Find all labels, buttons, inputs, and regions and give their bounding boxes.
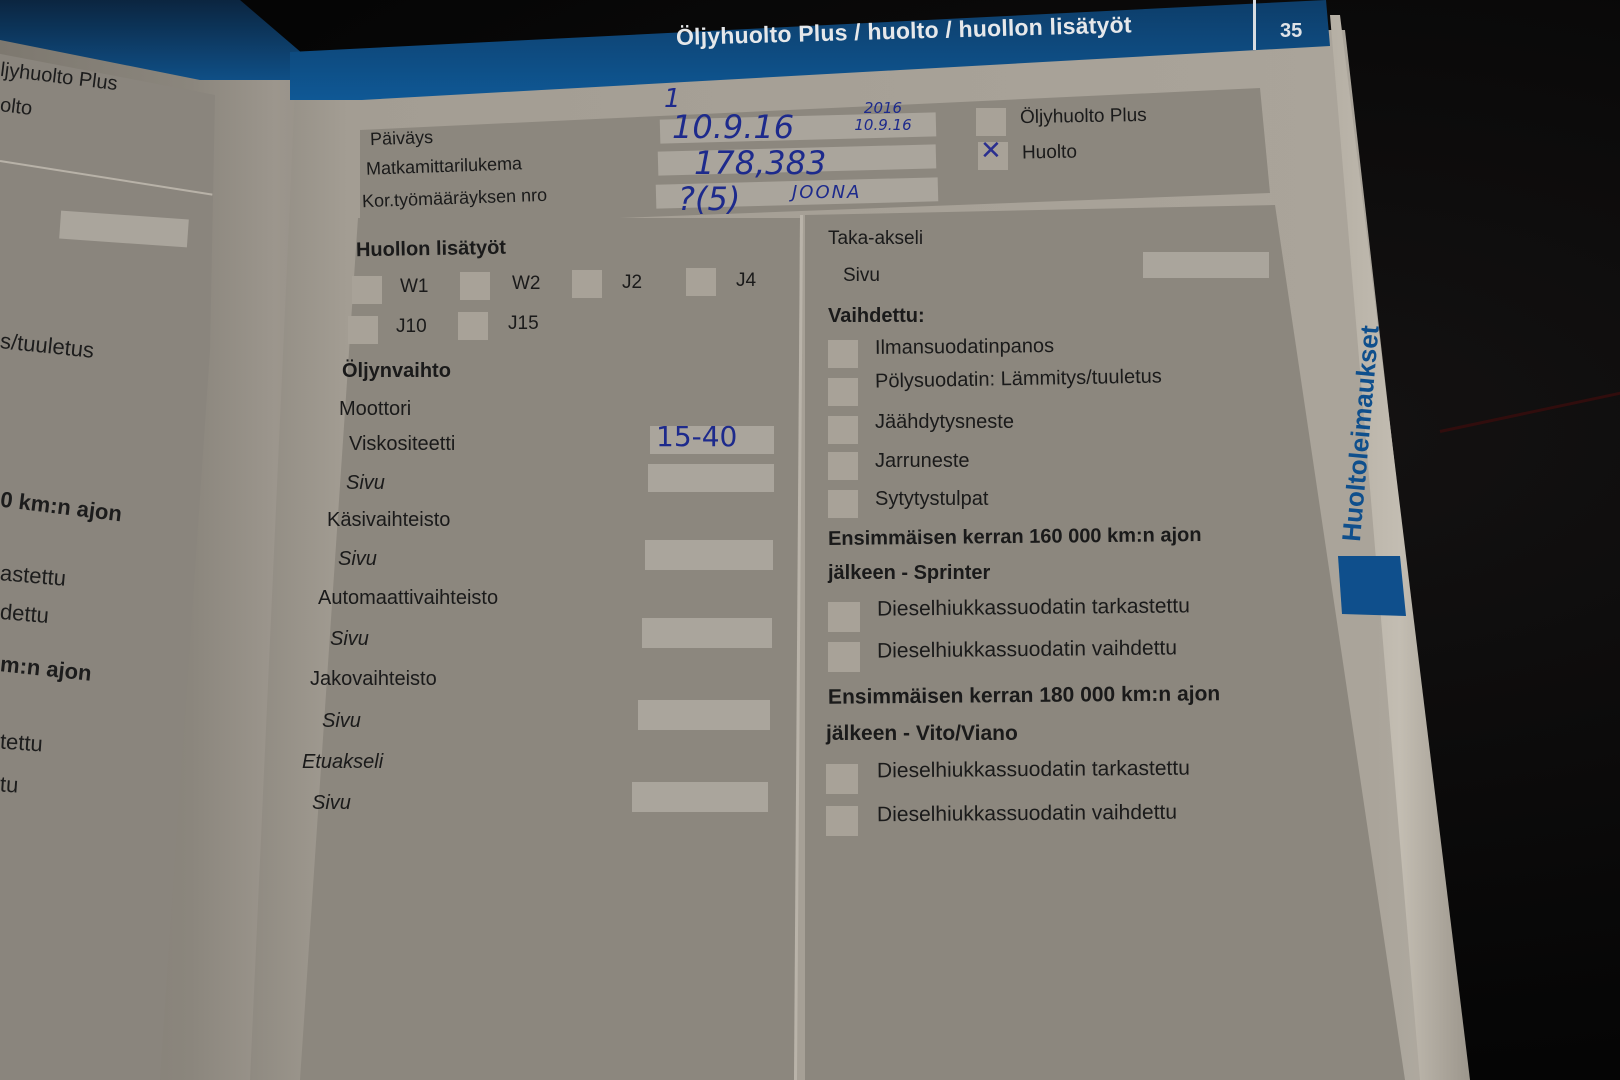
section-title-sprinter: Ensimmäisen kerran 160 000 km:n ajon bbox=[828, 524, 1202, 551]
taka-akseli-sivu-field[interactable] bbox=[1143, 252, 1269, 278]
row-label: Viskositeetti bbox=[349, 433, 455, 456]
section-title-vito: Ensimmäisen kerran 180 000 km:n ajon bbox=[828, 682, 1220, 709]
option-label: J4 bbox=[736, 270, 756, 292]
vito-item-label: Dieselhiukkassuodatin tarkastettu bbox=[877, 757, 1190, 784]
sprinter-item-label: Dieselhiukkassuodatin tarkastettu bbox=[877, 594, 1190, 621]
checkbox-j15[interactable] bbox=[458, 312, 488, 340]
checkbox-huolto[interactable]: ✕ bbox=[978, 142, 1008, 170]
checkbox-sprinter-dpf-inspected[interactable] bbox=[828, 602, 860, 632]
checkbox-ilmansuodatinpanos[interactable] bbox=[828, 340, 858, 368]
checkbox-jaahdytysneste[interactable] bbox=[828, 416, 858, 444]
option-label: W1 bbox=[400, 276, 429, 298]
option-label: J10 bbox=[396, 316, 427, 338]
page-number: 35 bbox=[1280, 20, 1302, 43]
checkbox-w1[interactable] bbox=[352, 276, 382, 304]
sivu-field[interactable] bbox=[632, 782, 768, 812]
left-fragment: dettu bbox=[0, 599, 50, 629]
vaihdettu-item-label: Jäähdytysneste bbox=[875, 411, 1014, 434]
checkbox-j2[interactable] bbox=[572, 270, 602, 298]
option-label: W2 bbox=[512, 273, 541, 295]
section-tab-marker bbox=[1338, 556, 1406, 616]
row-label: Jakovaihteisto bbox=[310, 668, 437, 691]
header-divider bbox=[1253, 0, 1256, 50]
taka-akseli-sivu-label: Sivu bbox=[843, 265, 880, 287]
sprinter-item-label: Dieselhiukkassuodatin vaihdettu bbox=[877, 636, 1177, 663]
handwritten-date: 10.9.16 bbox=[672, 108, 794, 146]
row-label: Automaattivaihteisto bbox=[318, 587, 498, 610]
vaihdettu-item-label: Sytytystulpat bbox=[875, 488, 988, 511]
checkbox-vito-dpf-replaced[interactable] bbox=[826, 806, 858, 836]
checkbox-jarruneste[interactable] bbox=[828, 452, 858, 480]
left-fragment: tettu bbox=[0, 729, 44, 758]
section-title-sprinter-line2: jälkeen - Sprinter bbox=[828, 562, 990, 585]
checkbox-sprinter-dpf-replaced[interactable] bbox=[828, 642, 860, 672]
row-label: Etuakseli bbox=[302, 751, 383, 774]
left-column-panel bbox=[300, 218, 800, 1080]
checkbox-j4[interactable] bbox=[686, 268, 716, 296]
sivu-field[interactable] bbox=[648, 464, 774, 492]
left-fragment: astettu bbox=[0, 560, 67, 592]
sivu-field[interactable] bbox=[645, 540, 773, 570]
date-label: Päiväys bbox=[370, 127, 434, 150]
option-label: J15 bbox=[508, 313, 539, 335]
vito-item-label: Dieselhiukkassuodatin vaihdettu bbox=[877, 801, 1177, 828]
checkmark-x-icon: ✕ bbox=[980, 136, 1002, 166]
checkbox-polysuodatin[interactable] bbox=[828, 378, 858, 406]
service-type-label: Huolto bbox=[1022, 142, 1077, 165]
row-label: Sivu bbox=[322, 710, 361, 733]
row-label: Sivu bbox=[312, 792, 351, 815]
checkbox-w2[interactable] bbox=[460, 272, 490, 300]
vaihdettu-item-label: Jarruneste bbox=[875, 450, 970, 473]
sivu-field[interactable] bbox=[638, 700, 770, 730]
handwritten-name: JOONA bbox=[792, 182, 861, 203]
handwritten-odometer: 178,383 bbox=[694, 144, 826, 182]
left-fragment: olto bbox=[0, 94, 34, 121]
checkbox-j10[interactable] bbox=[348, 316, 378, 344]
row-label: Sivu bbox=[330, 628, 369, 651]
row-label: Käsivaihteisto bbox=[327, 509, 450, 532]
taka-akseli-label: Taka-akseli bbox=[828, 228, 923, 250]
handwritten-viscosity: 15-40 bbox=[656, 420, 737, 453]
service-type-label: Öljyhuolto Plus bbox=[1020, 105, 1147, 129]
handwritten-date-annotation: 2016 10.9.16 bbox=[838, 100, 928, 134]
section-title-huollon-lisatyot: Huollon lisätyöt bbox=[356, 237, 506, 263]
row-label: Sivu bbox=[338, 548, 377, 571]
row-label: Sivu bbox=[346, 472, 385, 495]
section-title-vito-line2: jälkeen - Vito/Viano bbox=[826, 722, 1018, 746]
row-label: Moottori bbox=[339, 398, 411, 421]
left-fragment: tu bbox=[0, 771, 19, 798]
handwritten-work-order: ?(5) bbox=[678, 180, 740, 218]
section-title-vaihdettu: Vaihdettu: bbox=[828, 305, 925, 328]
checkbox-oljyhuolto-plus[interactable] bbox=[976, 108, 1006, 136]
option-label: J2 bbox=[622, 272, 642, 294]
vaihdettu-item-label: Ilmansuodatinpanos bbox=[875, 335, 1054, 360]
checkbox-vito-dpf-inspected[interactable] bbox=[826, 764, 858, 794]
sivu-field[interactable] bbox=[642, 618, 772, 648]
section-title-oljynvaihto: Öljynvaihto bbox=[342, 360, 451, 383]
checkbox-sytytystulpat[interactable] bbox=[828, 490, 858, 518]
